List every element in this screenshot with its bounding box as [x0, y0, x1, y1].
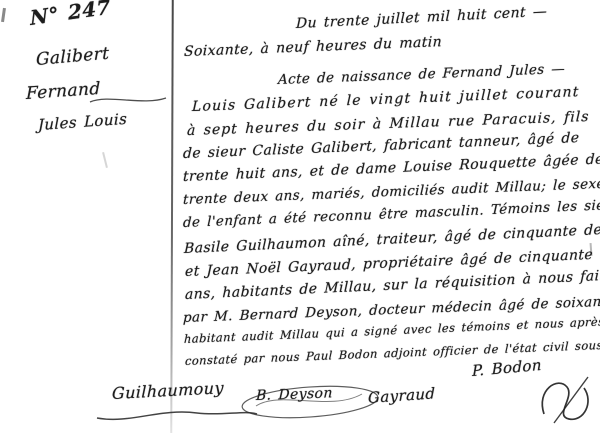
signature-oval-flourish	[238, 380, 388, 424]
scan-noise-mark	[102, 152, 108, 168]
act-line: Acte de naissance de Fernand Jules —	[278, 61, 566, 88]
margin-other-names: Jules Louis	[38, 110, 127, 134]
signature-paraphe-flourish	[536, 372, 596, 428]
act-line: Soixante, à neuf heures du matin	[184, 34, 443, 60]
margin-act-number: N° 247	[29, 0, 111, 30]
margin-surname: Galibert	[36, 44, 110, 70]
signature-witness-1: Guilhaumouy	[112, 378, 224, 403]
act-line: Du trente juillet mil huit cent —	[296, 4, 548, 32]
scanned-register-page: N° 247 Galibert Fernand Jules Louis Du t…	[0, 0, 600, 433]
signature-officer: P. Bodon	[472, 356, 542, 380]
scan-noise-mark	[1, 8, 6, 22]
signature-underline-flourish	[95, 404, 260, 424]
margin-pen-flourish	[88, 92, 168, 108]
margin-divider-line	[170, 0, 174, 433]
scan-noise-mark	[590, 243, 593, 256]
